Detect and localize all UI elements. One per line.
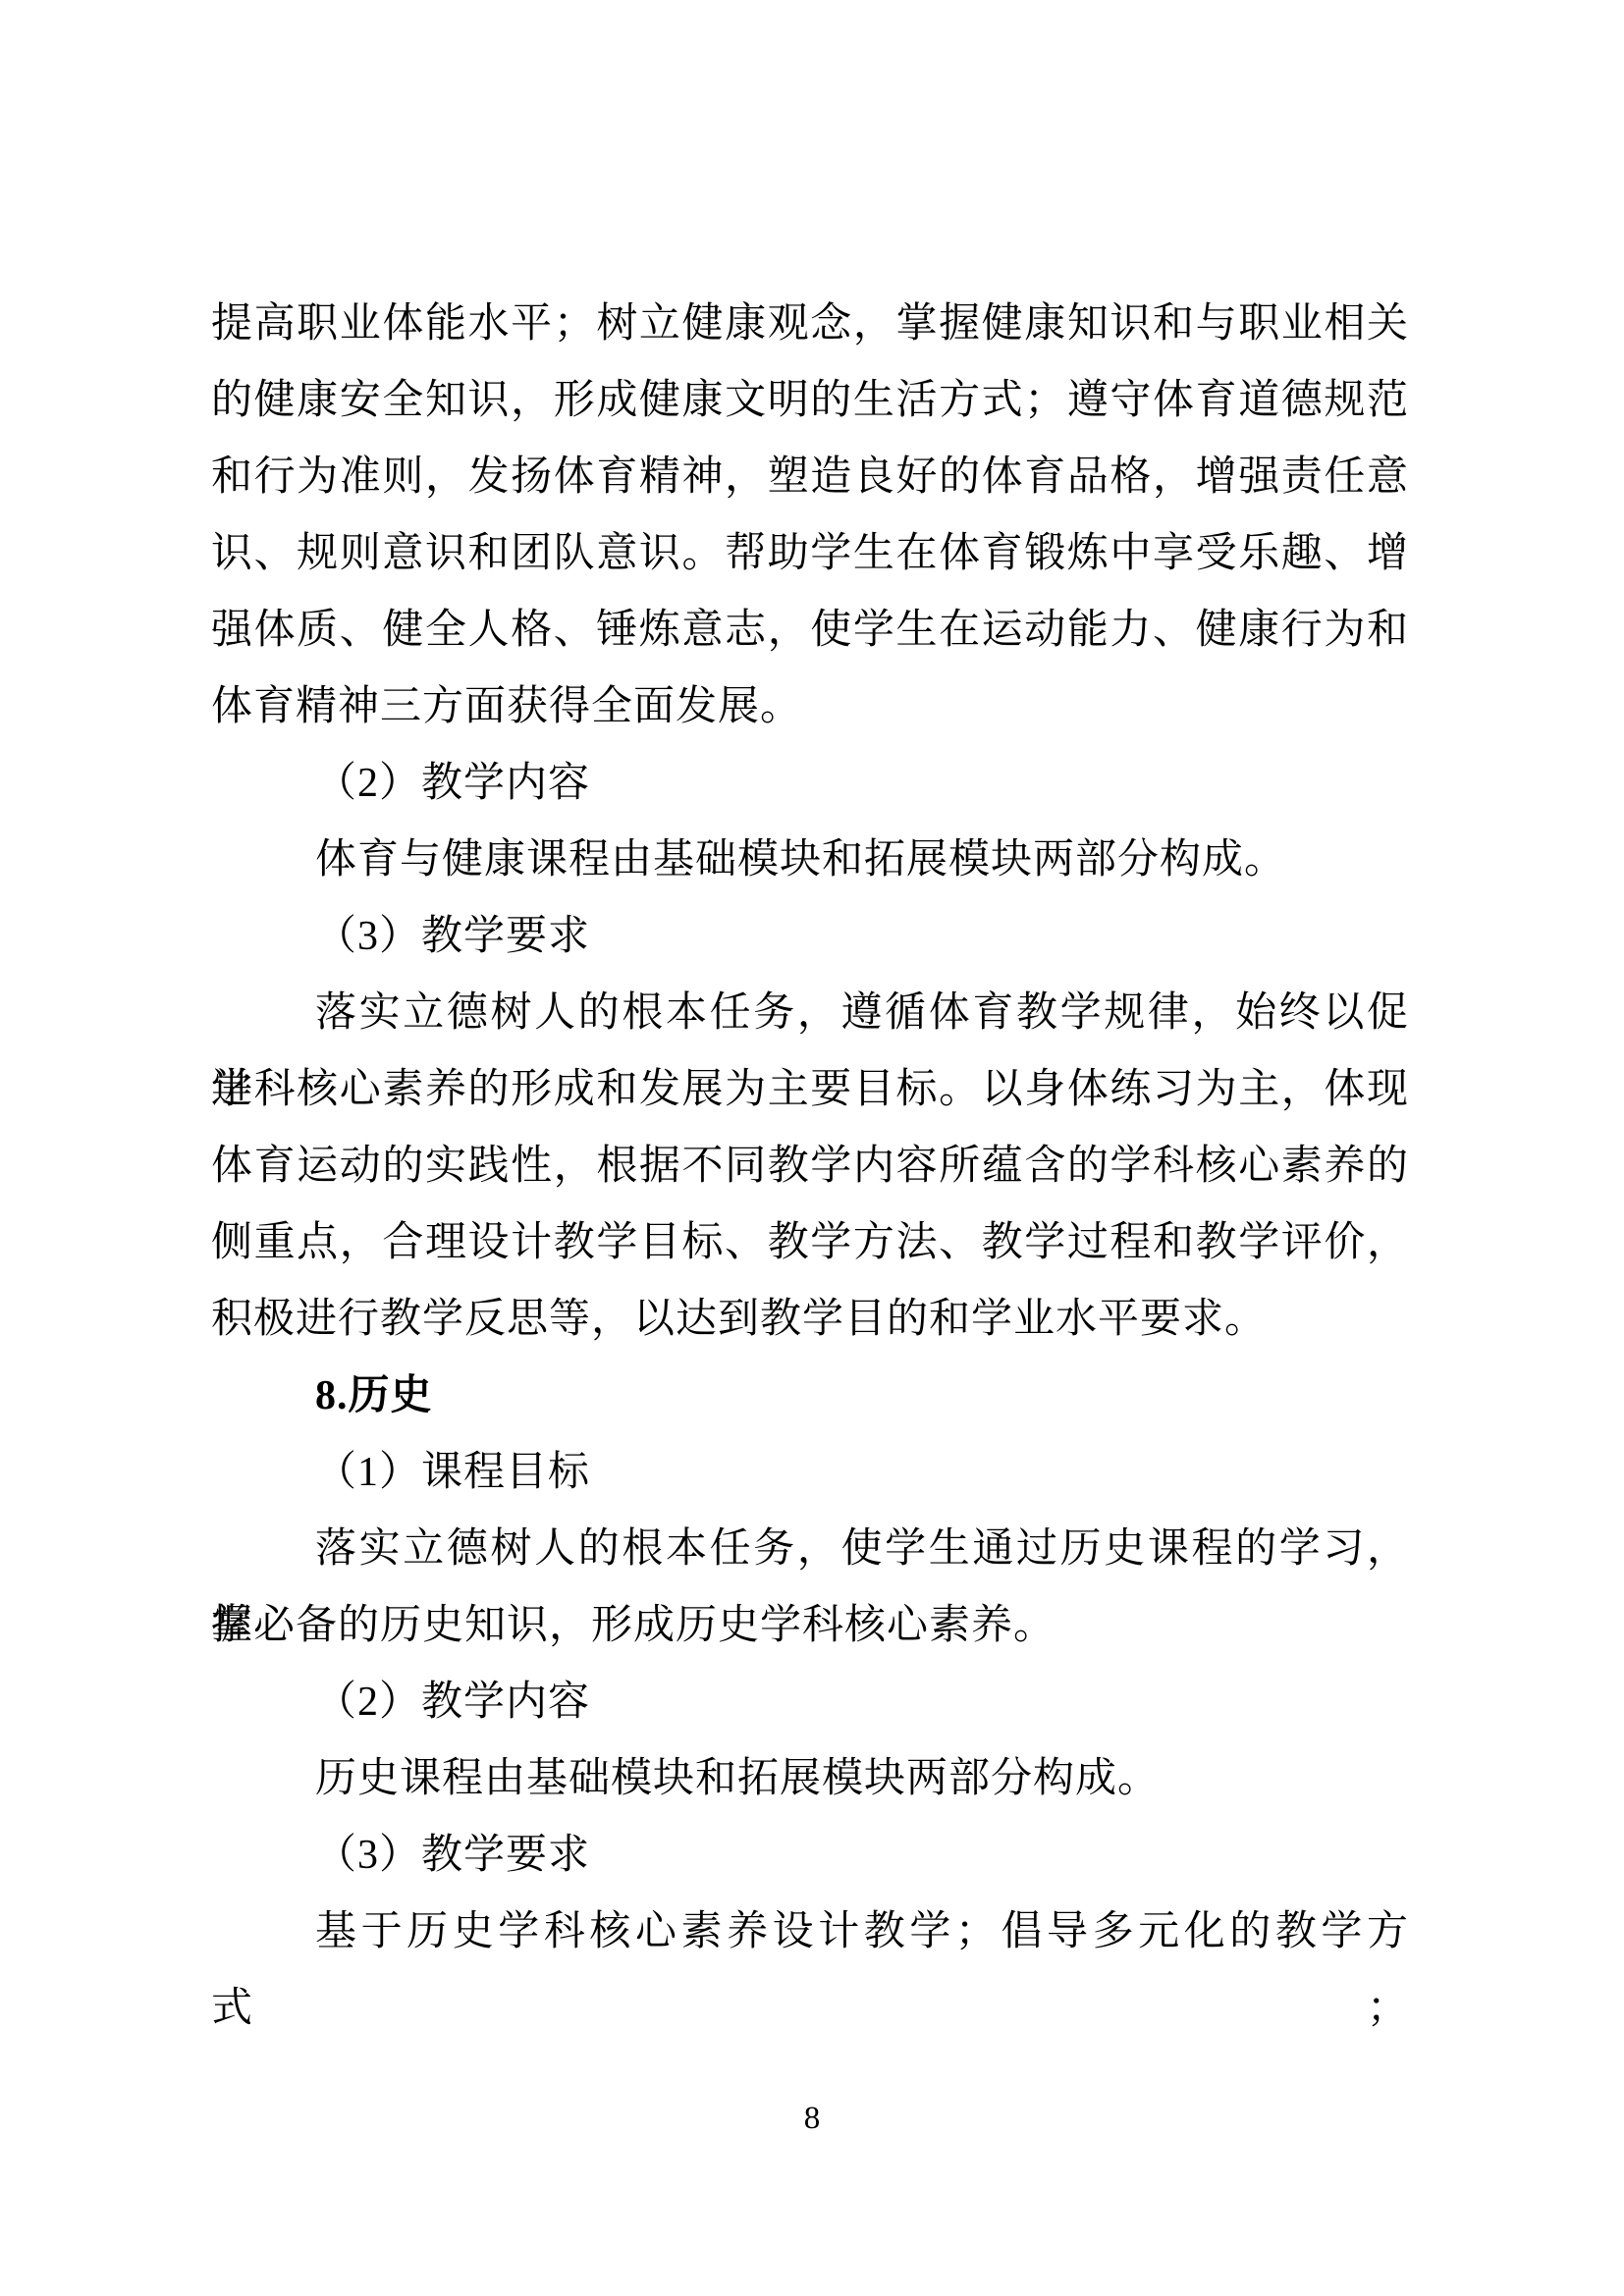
text-line: 落实立德树人的根本任务，使学生通过历史课程的学习，掌 — [211, 1511, 1409, 1587]
subsection-heading-course-objectives: （1）课程目标 — [211, 1434, 1409, 1511]
text-line: 握必备的历史知识，形成历史学科核心素养。 — [211, 1587, 1409, 1664]
text-line: 体育精神三方面获得全面发展。 — [211, 668, 1409, 745]
text-line: 强体质、健全人格、锤炼意志，使学生在运动能力、健康行为和 — [211, 592, 1409, 668]
text-block: 提高职业体能水平；树立健康观念，掌握健康知识和与职业相关 的健康安全知识，形成健… — [211, 286, 1409, 1970]
text-line: 提高职业体能水平；树立健康观念，掌握健康知识和与职业相关 — [211, 286, 1409, 362]
text-line: 体育与健康课程由基础模块和拓展模块两部分构成。 — [211, 822, 1409, 898]
subsection-heading-teaching-requirements: （3）教学要求 — [211, 898, 1409, 975]
text-line: 体育运动的实践性，根据不同教学内容所蕴含的学科核心素养的 — [211, 1128, 1409, 1204]
text-line: 的健康安全知识，形成健康文明的生活方式；遵守体育道德规范 — [211, 362, 1409, 439]
section-heading-history: 8.历史 — [211, 1358, 1409, 1434]
subsection-heading-teaching-requirements: （3）教学要求 — [211, 1817, 1409, 1894]
document-page: 提高职业体能水平；树立健康观念，掌握健康知识和与职业相关 的健康安全知识，形成健… — [0, 0, 1624, 2296]
subsection-heading-teaching-content: （2）教学内容 — [211, 1664, 1409, 1740]
page-number: 8 — [0, 2099, 1624, 2138]
text-line: 积极进行教学反思等，以达到教学目的和学业水平要求。 — [211, 1281, 1409, 1358]
text-line: 和行为准则，发扬体育精神，塑造良好的体育品格，增强责任意 — [211, 439, 1409, 515]
subsection-heading-teaching-content: （2）教学内容 — [211, 745, 1409, 822]
text-line: 学科核心素养的形成和发展为主要目标。以身体练习为主，体现 — [211, 1051, 1409, 1128]
text-line: 基于历史学科核心素养设计教学；倡导多元化的教学方式； — [211, 1894, 1409, 1970]
text-line: 识、规则意识和团队意识。帮助学生在体育锻炼中享受乐趣、增 — [211, 515, 1409, 592]
text-line: 落实立德树人的根本任务，遵循体育教学规律，始终以促进 — [211, 975, 1409, 1051]
text-line: 历史课程由基础模块和拓展模块两部分构成。 — [211, 1740, 1409, 1817]
text-line: 侧重点，合理设计教学目标、教学方法、教学过程和教学评价， — [211, 1204, 1409, 1281]
